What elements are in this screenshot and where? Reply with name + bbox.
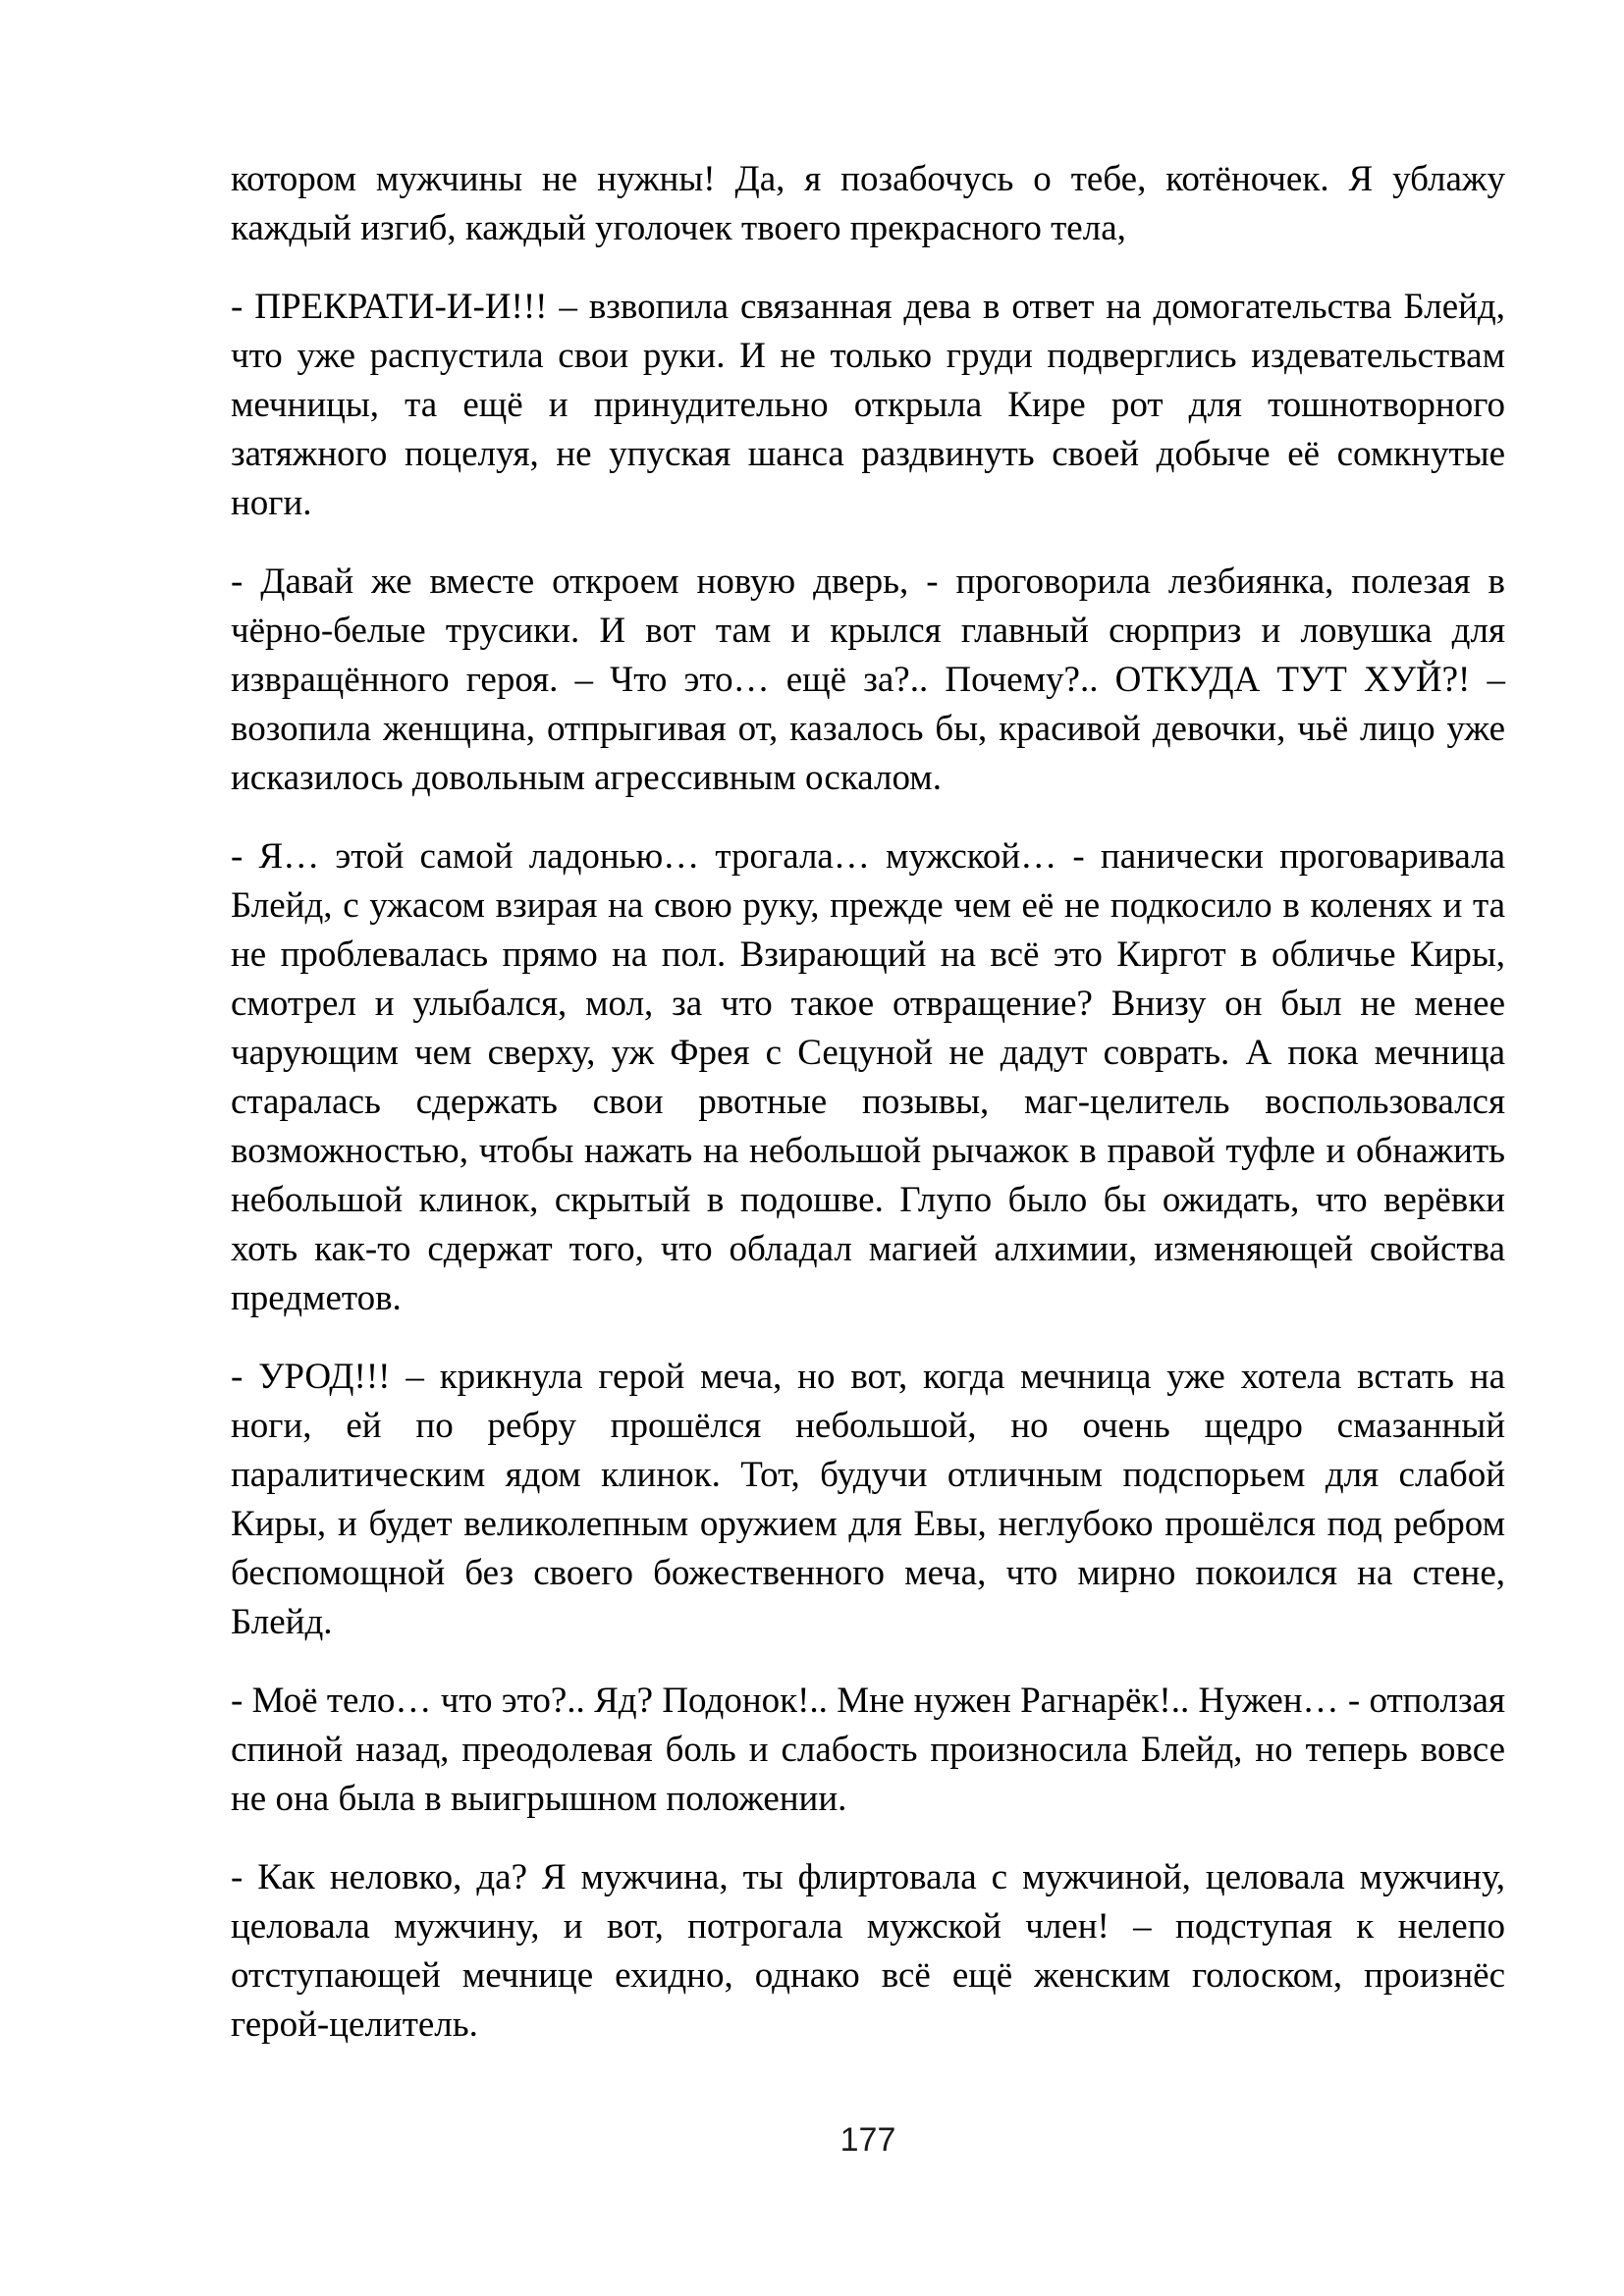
paragraph: - Давай же вместе откроем новую дверь, -… — [231, 558, 1505, 803]
paragraph: - УРОД!!! – крикнула герой меча, но вот,… — [231, 1353, 1505, 1647]
page-number: 177 — [840, 2121, 896, 2159]
paragraph: - Как неловко, да? Я мужчина, ты флиртов… — [231, 1853, 1505, 2050]
paragraph: - Я… этой самой ладонью… трогала… мужско… — [231, 832, 1505, 1323]
page-text-body: котором мужчины не нужны! Да, я позабочу… — [231, 155, 1505, 2079]
paragraph: - ПРЕКРАТИ-И-И!!! – взвопила связанная д… — [231, 283, 1505, 528]
paragraph: - Моё тело… что это?.. Яд? Подонок!.. Мн… — [231, 1677, 1505, 1824]
paragraph: котором мужчины не нужны! Да, я позабочу… — [231, 155, 1505, 253]
page-footer: 177 — [231, 2120, 1505, 2160]
document-page: котором мужчины не нужны! Да, я позабочу… — [0, 0, 1624, 2296]
